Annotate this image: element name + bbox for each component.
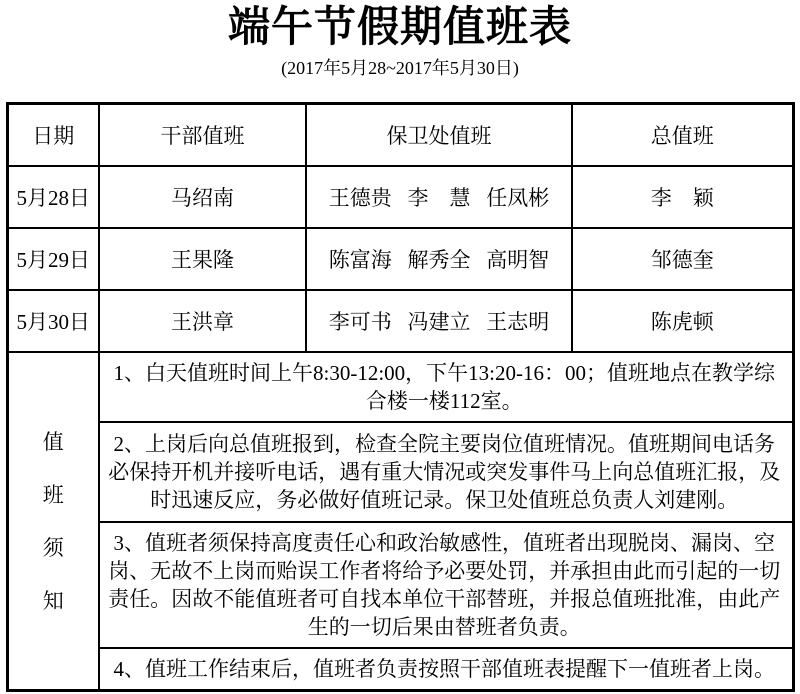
cadre-duty-cell: 王洪章 bbox=[99, 290, 306, 352]
general-duty-cell: 李 颖 bbox=[572, 166, 793, 228]
table-row: 5月29日 王果隆 陈富海 解秀全 高明智 邹德奎 bbox=[7, 228, 793, 290]
notes-row: 2、上岗后向总值班报到，检查全院主要岗位值班情况。值班期间电话务必保持开机并接听… bbox=[7, 422, 793, 522]
security-duty-names: 陈富海 解秀全 高明智 bbox=[313, 244, 565, 274]
header-cell-general-duty: 总值班 bbox=[572, 104, 793, 166]
page-subtitle: (2017年5月28~2017年5月30日) bbox=[0, 56, 800, 80]
security-duty-names: 王德贵 李 慧 任凤彬 bbox=[313, 182, 565, 212]
duty-roster-table: 日期 干部值班 保卫处值班 总值班 5月28日 马绍南 王德贵 李 慧 任凤彬 … bbox=[6, 102, 795, 692]
security-name: 李 慧 bbox=[408, 182, 471, 212]
table-row: 5月28日 马绍南 王德贵 李 慧 任凤彬 李 颖 bbox=[7, 166, 793, 228]
security-duty-cell: 陈富海 解秀全 高明智 bbox=[306, 228, 572, 290]
cadre-duty-cell: 王果隆 bbox=[99, 228, 306, 290]
security-name: 李可书 bbox=[329, 306, 392, 336]
notes-label-cell: 值 班 须 知 bbox=[7, 352, 99, 691]
general-duty-cell: 邹德奎 bbox=[572, 228, 793, 290]
security-name: 王志明 bbox=[486, 306, 549, 336]
notes-label-char: 知 bbox=[43, 585, 64, 615]
date-cell: 5月29日 bbox=[7, 228, 99, 290]
header-cell-security-duty: 保卫处值班 bbox=[306, 104, 572, 166]
header-cell-cadre-duty: 干部值班 bbox=[99, 104, 306, 166]
notes-label-char: 值 bbox=[43, 426, 64, 456]
security-name: 任凤彬 bbox=[486, 182, 549, 212]
security-name: 王德贵 bbox=[329, 182, 392, 212]
notes-row: 值 班 须 知 1、白天值班时间上午8:30-12:00，下午13:20-16：… bbox=[7, 352, 793, 422]
security-duty-names: 李可书 冯建立 王志明 bbox=[313, 306, 565, 336]
security-name: 高明智 bbox=[486, 244, 549, 274]
security-name: 陈富海 bbox=[329, 244, 392, 274]
table-row: 5月30日 王洪章 李可书 冯建立 王志明 陈虎顿 bbox=[7, 290, 793, 352]
note-item-2: 2、上岗后向总值班报到，检查全院主要岗位值班情况。值班期间电话务必保持开机并接听… bbox=[99, 422, 793, 522]
notes-label-char: 须 bbox=[43, 532, 64, 562]
note-item-4: 4、值班工作结束后，值班者负责按照干部值班表提醒下一值班者上岗。 bbox=[99, 648, 793, 691]
security-name: 冯建立 bbox=[408, 306, 471, 336]
security-duty-cell: 李可书 冯建立 王志明 bbox=[306, 290, 572, 352]
cadre-duty-cell: 马绍南 bbox=[99, 166, 306, 228]
header-cell-date: 日期 bbox=[7, 104, 99, 166]
general-duty-cell: 陈虎顿 bbox=[572, 290, 793, 352]
duty-notes-label: 值 班 须 知 bbox=[9, 426, 99, 615]
security-name: 解秀全 bbox=[408, 244, 471, 274]
notes-row: 4、值班工作结束后，值班者负责按照干部值班表提醒下一值班者上岗。 bbox=[7, 648, 793, 691]
notes-label-char: 班 bbox=[43, 479, 64, 509]
security-duty-cell: 王德贵 李 慧 任凤彬 bbox=[306, 166, 572, 228]
table-header-row: 日期 干部值班 保卫处值班 总值班 bbox=[7, 104, 793, 166]
date-cell: 5月28日 bbox=[7, 166, 99, 228]
note-item-3: 3、值班者须保持高度责任心和政治敏感性，值班者出现脱岗、漏岗、空岗、无故不上岗而… bbox=[99, 522, 793, 648]
date-cell: 5月30日 bbox=[7, 290, 99, 352]
notes-row: 3、值班者须保持高度责任心和政治敏感性，值班者出现脱岗、漏岗、空岗、无故不上岗而… bbox=[7, 522, 793, 648]
page-title: 端午节假期值班表 bbox=[0, 4, 800, 52]
note-item-1: 1、白天值班时间上午8:30-12:00，下午13:20-16：00；值班地点在… bbox=[99, 352, 793, 422]
